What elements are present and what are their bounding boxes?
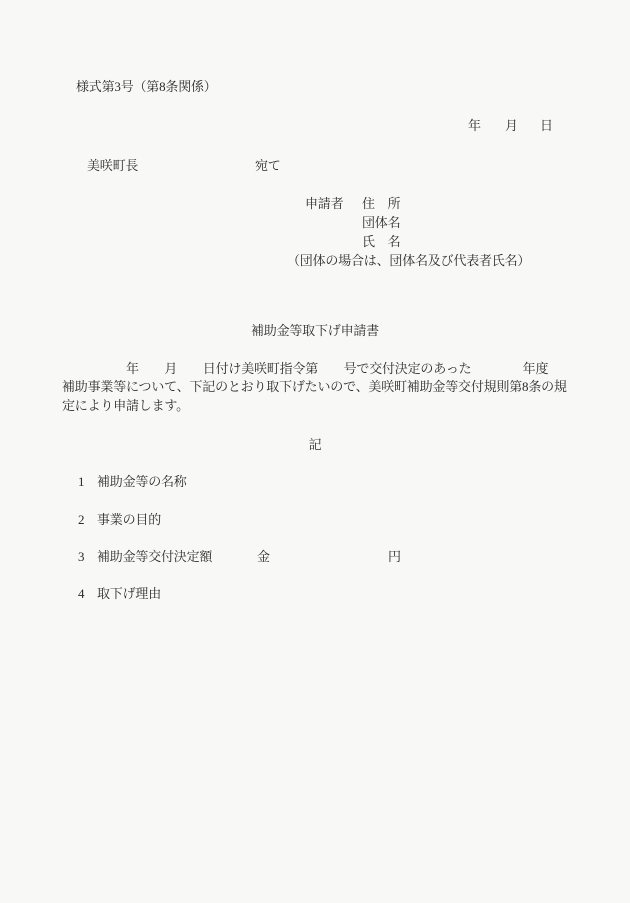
item-number: 4 <box>78 585 84 602</box>
form-number: 様式第3号（第8条関係） <box>76 78 217 95</box>
item-number: 3 <box>78 548 84 565</box>
applicant-field-organization: 団体名 <box>362 214 400 231</box>
item-number: 2 <box>78 511 84 528</box>
applicant-label: 申請者 <box>305 195 343 212</box>
addressee-suffix: 宛て <box>255 157 281 174</box>
body-line: 補助事業等について、下記のとおり取下げたいので、美咲町補助金等交付規則第8条の規 <box>62 378 567 395</box>
applicant-field-name: 氏 名 <box>362 233 400 250</box>
item-label-project-purpose: 事業の目的 <box>97 511 161 528</box>
amount-suffix-yen: 円 <box>388 548 401 565</box>
date-day-label: 日 <box>540 117 553 134</box>
date-year-label: 年 <box>468 117 481 134</box>
amount-prefix-kin: 金 <box>257 548 270 565</box>
body-line: 年 月 日付け美咲町指令第 号で交付決定のあった 年度 <box>62 360 548 377</box>
document-title: 補助金等取下げ申請書 <box>0 322 630 339</box>
date-month-label: 月 <box>505 117 518 134</box>
applicant-field-address: 住 所 <box>362 195 400 212</box>
addressee-recipient: 美咲町長 <box>87 157 138 174</box>
document-page: 様式第3号（第8条関係） 年 月 日 美咲町長 宛て 申請者 住 所 団体名 氏… <box>0 0 630 903</box>
item-label-subsidy-name: 補助金等の名称 <box>97 473 187 490</box>
item-label-grant-decision-amount: 補助金等交付決定額 <box>97 548 212 565</box>
body-line: 定により申請します。 <box>62 397 189 414</box>
item-number: 1 <box>78 473 84 490</box>
record-marker: 記 <box>0 436 630 453</box>
applicant-note: （団体の場合は、団体名及び代表者氏名） <box>287 252 530 269</box>
item-label-withdrawal-reason: 取下げ理由 <box>97 585 161 602</box>
